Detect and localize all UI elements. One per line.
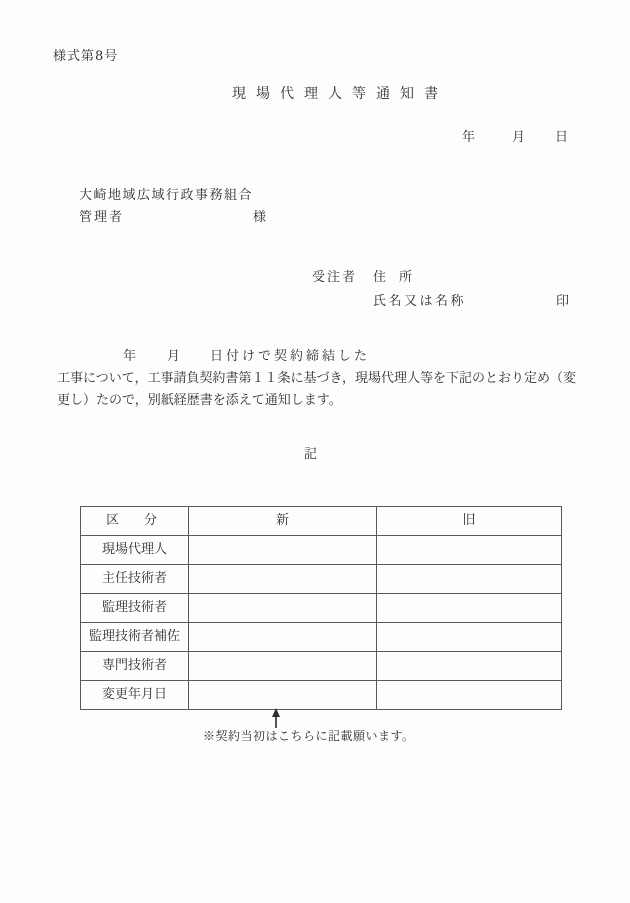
body-line-2: 工事について，工事請負契約書第１１条に基づき，現場代理人等を下記のとおり定め（変 [57,372,576,387]
form-number: 様式第8号 [53,50,118,65]
table-header-row: 区 分 新 旧 [81,507,562,536]
col-header-category: 区 分 [81,507,189,536]
row-label: 監理技術者補佐 [81,623,189,652]
cell-old [377,536,562,565]
up-arrow-icon [269,708,283,728]
contract-date-text: 日付けで契約締結した [210,350,370,365]
table-row: 監理技術者 [81,594,562,623]
document-page: 様式第8号 現場代理人等通知書 年 月 日 大崎地域広域行政事務組合 管理者 様… [0,0,630,903]
cell-old [377,652,562,681]
contract-year-label: 年 [123,350,136,365]
table-row: 専門技術者 [81,652,562,681]
notification-table: 区 分 新 旧 現場代理人 主任技術者 監理技術者 監理技術者補 [80,506,562,710]
col-header-old: 旧 [377,507,562,536]
cell-old [377,623,562,652]
cell-new [189,594,377,623]
cell-new [189,536,377,565]
row-label: 専門技術者 [81,652,189,681]
body-line-3: 更し）たので，別紙経歴書を添えて通知します。 [57,394,342,409]
contract-month-label: 月 [167,350,180,365]
addressee-honorific: 様 [253,211,266,226]
cell-new [189,652,377,681]
seal-mark: 印 [556,295,569,310]
addressee-organization: 大崎地域広域行政事務組合 [79,189,253,204]
addressee-role: 管理者 [79,211,124,226]
footnote-text: ※契約当初はこちらに記載願います。 [203,730,415,744]
contractor-address-label: 住 所 [373,271,412,286]
row-label: 主任技術者 [81,565,189,594]
document-title: 現場代理人等通知書 [232,86,448,102]
table-row: 監理技術者補佐 [81,623,562,652]
cell-new [189,565,377,594]
row-label: 現場代理人 [81,536,189,565]
date-month-label: 月 [512,131,525,146]
cell-new [189,681,377,710]
date-day-label: 日 [555,131,568,146]
table-row: 主任技術者 [81,565,562,594]
cell-old [377,594,562,623]
record-heading: 記 [304,448,317,463]
contractor-name-label: 氏名又は名称 [373,295,466,310]
table-row: 変更年月日 [81,681,562,710]
cell-old [377,681,562,710]
contractor-label: 受注者 [312,271,357,286]
table-row: 現場代理人 [81,536,562,565]
date-year-label: 年 [462,131,475,146]
cell-old [377,565,562,594]
row-label: 監理技術者 [81,594,189,623]
cell-new [189,623,377,652]
row-label: 変更年月日 [81,681,189,710]
col-header-new: 新 [189,507,377,536]
